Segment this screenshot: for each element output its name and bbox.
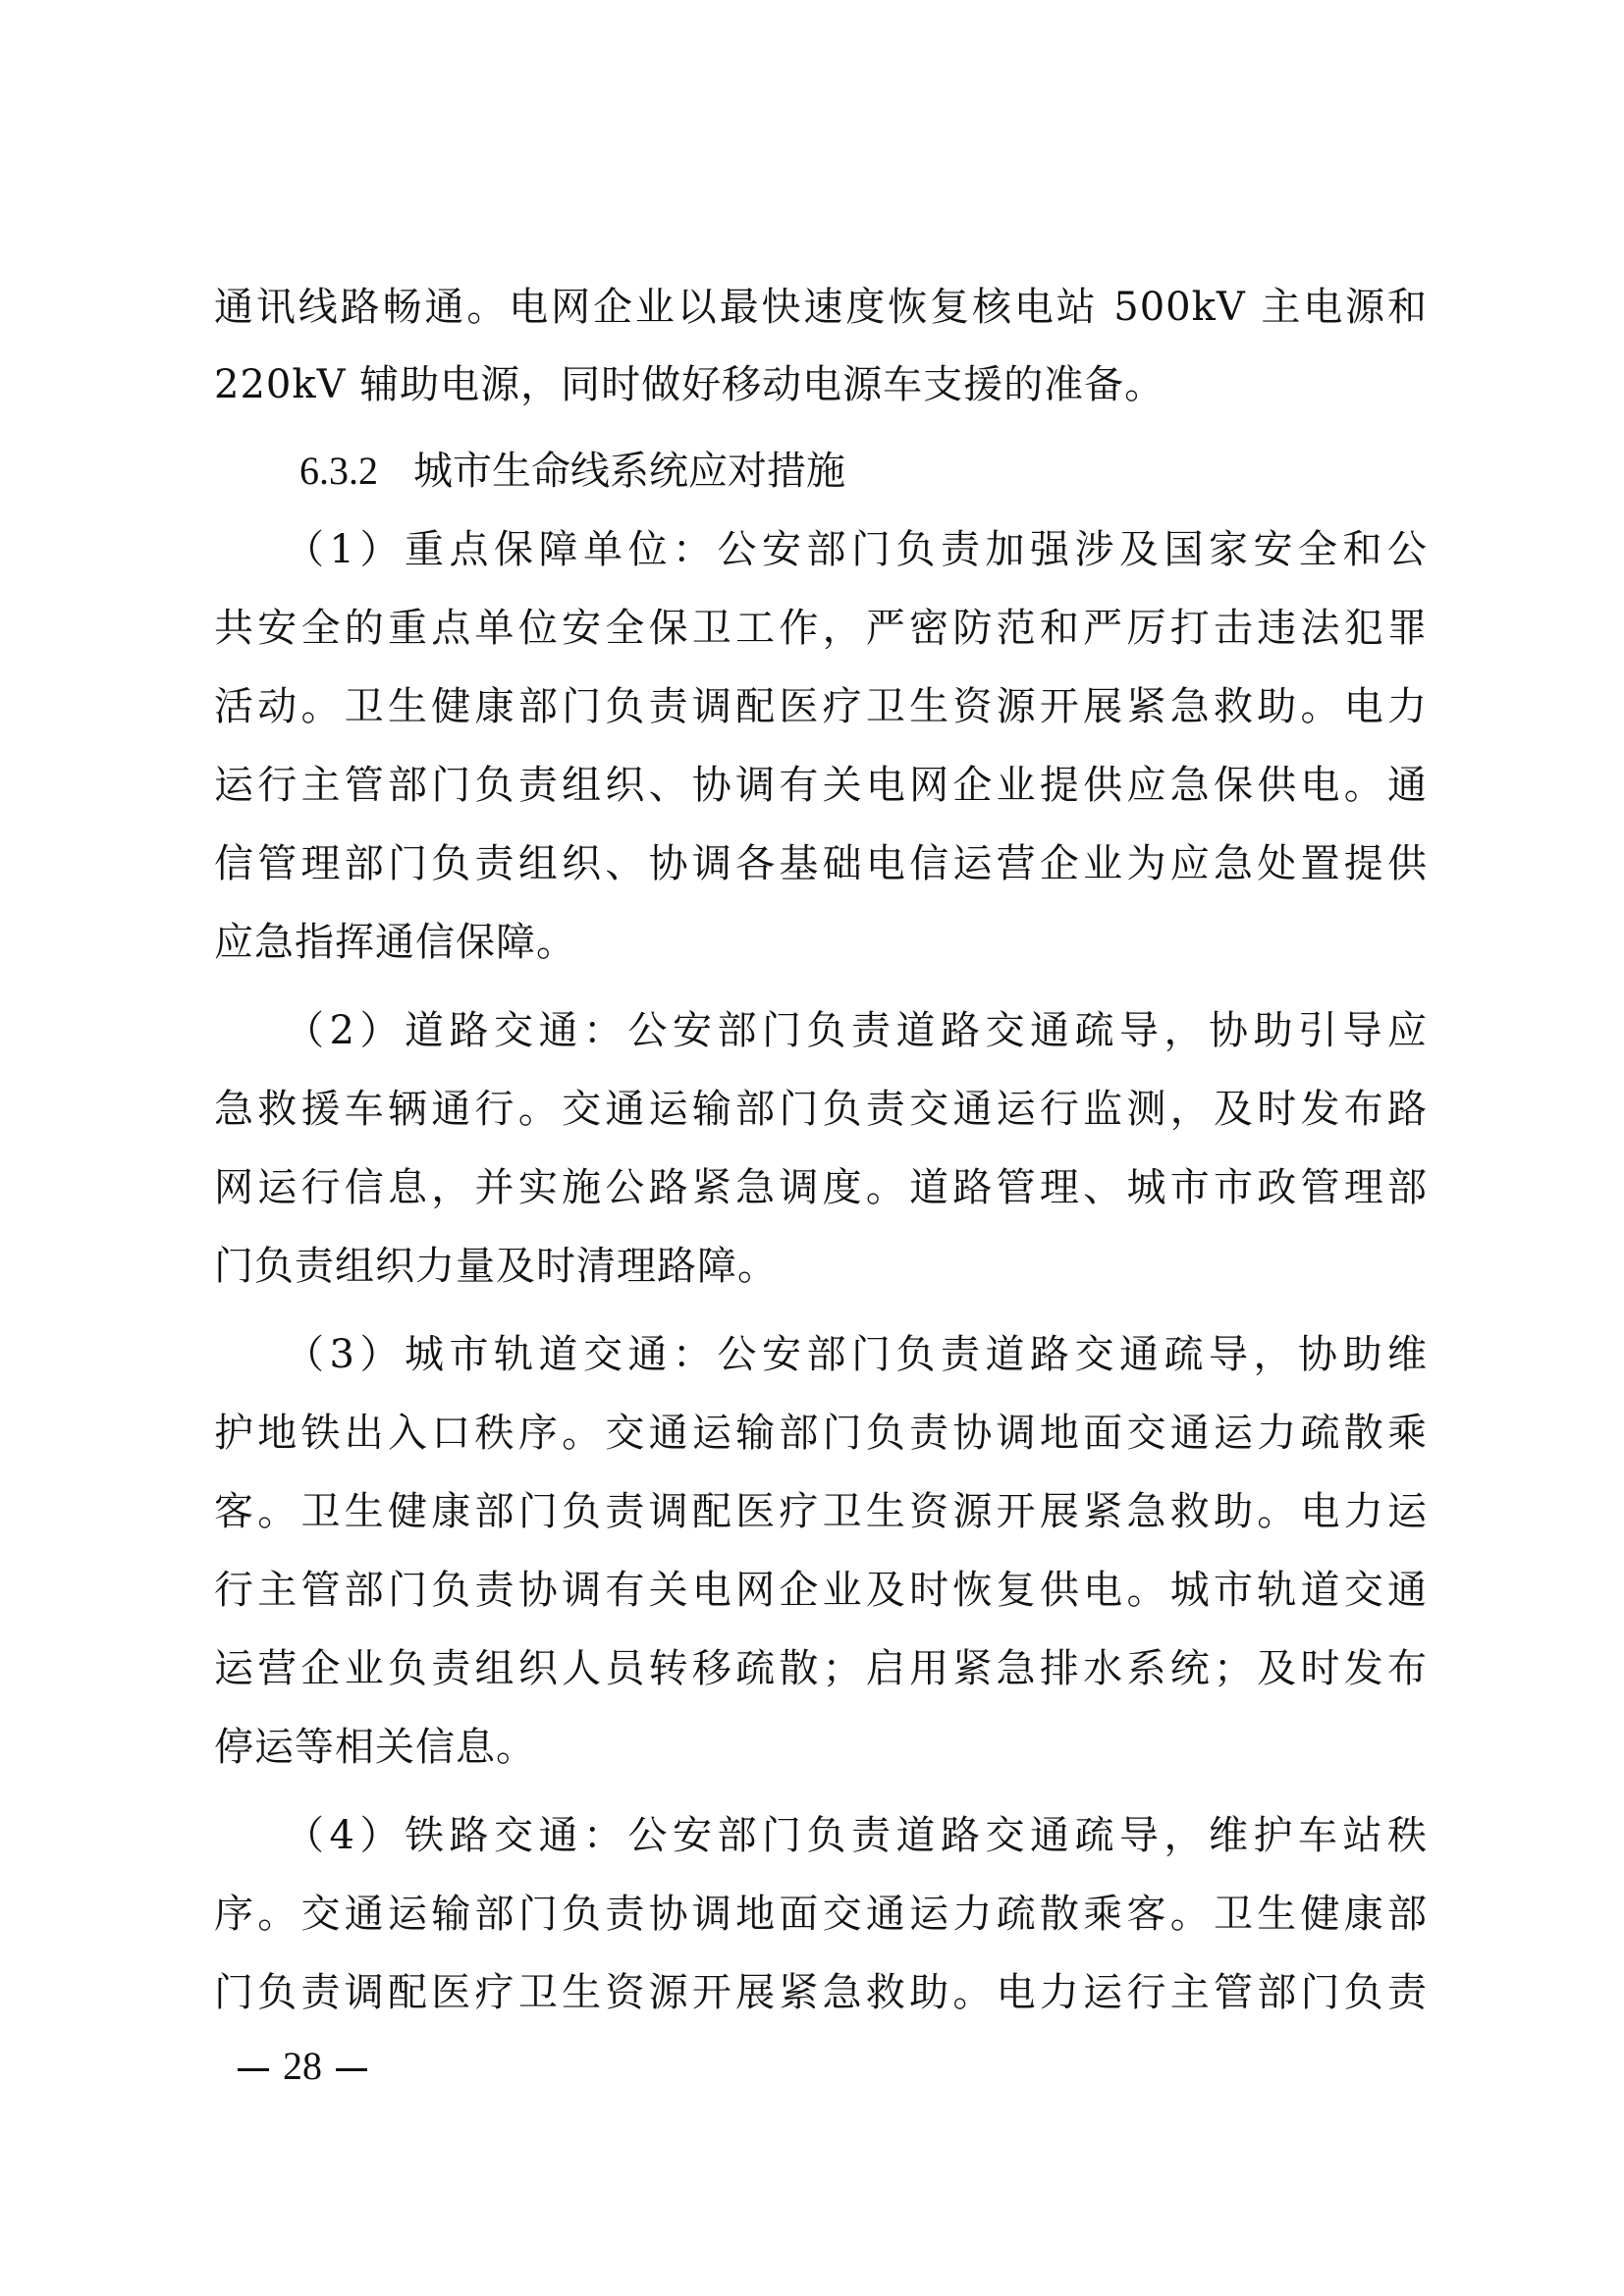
body-text-line: 信管理部门负责组织、协调各基础电信运营企业为应急处置提供 [214, 834, 1428, 893]
paragraph-first-line: （3）城市轨道交通：公安部门负责道路交通疏导，协助维 [285, 1325, 1428, 1384]
body-text-line: 序。交通运输部门负责协调地面交通运力疏散乘客。卫生健康部 [214, 1885, 1428, 1944]
body-text-line: 急救援车辆通行。交通运输部门负责交通运行监测，及时发布路 [214, 1080, 1428, 1139]
body-text-line: 运行主管部门负责组织、协调有关电网企业提供应急保供电。通 [214, 756, 1428, 815]
body-text-line: 门负责组织力量及时清理路障。 [214, 1237, 1428, 1296]
body-text-line: 停运等相关信息。 [214, 1718, 1428, 1777]
page-number: 28 [224, 2042, 381, 2091]
page-number-value: 28 [283, 2044, 322, 2088]
body-text-line: 客。卫生健康部门负责调配医疗卫生资源开展紧急救助。电力运 [214, 1482, 1428, 1541]
section-title: 城市生命线系统应对措施 [413, 449, 845, 494]
paragraph-first-line: （1）重点保障单位：公安部门负责加强涉及国家安全和公 [285, 520, 1428, 579]
body-text-line: 运营企业负责组织人员转移疏散；启用紧急排水系统；及时发布 [214, 1639, 1428, 1698]
paragraph-first-line: （4）铁路交通：公安部门负责道路交通疏导，维护车站秩 [285, 1806, 1428, 1865]
body-text-line: 共安全的重点单位安全保卫工作，严密防范和严厉打击违法犯罪 [214, 599, 1428, 658]
dash-left [238, 2068, 269, 2071]
body-text-line: 护地铁出入口秩序。交通运输部门负责协调地面交通运力疏散乘 [214, 1404, 1428, 1463]
body-text-line: 网运行信息，并实施公路紧急调度。道路管理、城市市政管理部 [214, 1158, 1428, 1217]
section-heading: 6.3.2城市生命线系统应对措施 [299, 442, 845, 501]
body-text-line: 通讯线路畅通。电网企业以最快速度恢复核电站 500kV 主电源和 [214, 278, 1428, 337]
section-number: 6.3.2 [299, 449, 378, 493]
paragraph-first-line: （2）道路交通：公安部门负责道路交通疏导，协助引导应 [285, 1001, 1428, 1060]
body-text-line: 活动。卫生健康部门负责调配医疗卫生资源开展紧急救助。电力 [214, 677, 1428, 736]
body-text-line: 220kV 辅助电源，同时做好移动电源车支援的准备。 [214, 355, 1428, 414]
dash-right [336, 2068, 367, 2071]
body-text-line: 门负责调配医疗卫生资源开展紧急救助。电力运行主管部门负责 [214, 1963, 1428, 2022]
body-text-line: 行主管部门负责协调有关电网企业及时恢复供电。城市轨道交通 [214, 1561, 1428, 1620]
body-text-line: 应急指挥通信保障。 [214, 913, 1428, 972]
